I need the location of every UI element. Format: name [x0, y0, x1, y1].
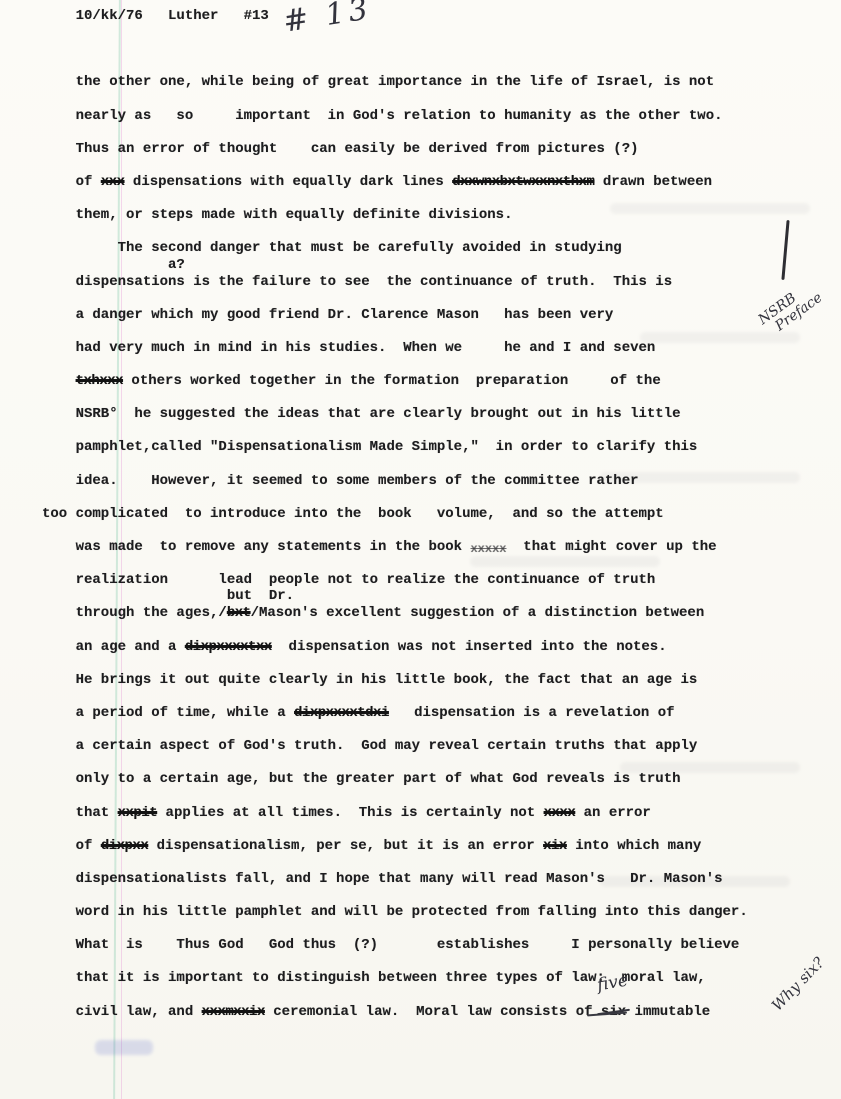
- typescript-text: was made to remove any statements in the…: [42, 539, 470, 555]
- typescript-line: an age and a dixpxxxxtxx dispensation wa…: [42, 631, 748, 664]
- typescript-line: dispensationalists fall, and I hope that…: [42, 863, 748, 896]
- handwritten-why-six-note: Why six?: [768, 954, 828, 1015]
- typed-strikeout: xxx: [101, 174, 125, 190]
- typescript-line: too complicated to introduce into the bo…: [42, 498, 748, 531]
- typescript-text: word in his little pamphlet and will be …: [42, 904, 748, 920]
- typescript-line: txhxxx others worked together in the for…: [42, 365, 748, 398]
- typescript-text: had very much in mind in his studies. Wh…: [42, 340, 655, 356]
- typed-strikeout: dixpxxxxtxx: [185, 639, 272, 655]
- typescript-text: dispensations with equally dark lines: [125, 174, 453, 190]
- typescript-line: NSRB° he suggested the ideas that are cl…: [42, 398, 748, 431]
- typescript-line: that it is important to distinguish betw…: [42, 962, 748, 995]
- typescript-text: but Dr.: [42, 588, 294, 604]
- typed-strikeout: xxxx: [544, 805, 576, 821]
- typescript-line: was made to remove any statements in the…: [42, 531, 748, 564]
- typescript-line: pamphlet,called "Dispensationalism Made …: [42, 431, 748, 464]
- typescript-text: them, or steps made with equally definit…: [42, 207, 512, 223]
- typed-strikeout: xix: [543, 838, 567, 854]
- typescript-text: an error: [575, 805, 651, 821]
- typed-strikeout: txhxxx: [76, 373, 123, 389]
- typescript-text: dispensationalism, per se, but it is an …: [148, 838, 543, 854]
- typescript-line: that xxpit applies at all times. This is…: [42, 797, 748, 830]
- typed-strikeout: dixpxx: [101, 838, 148, 854]
- typescript-line: What is Thus God God thus (?) establishe…: [42, 929, 748, 962]
- typescript-text: only to a certain age, but the greater p…: [42, 771, 681, 787]
- typescript-text: NSRB° he suggested the ideas that are cl…: [42, 406, 681, 422]
- typescript-text: immutable: [626, 1004, 710, 1020]
- typescript-text: He brings it out quite clearly in his li…: [42, 672, 697, 688]
- typescript-text: the other one, while being of great impo…: [42, 74, 714, 90]
- scanned-typescript-page: 10/kk/76 Luther #13 the other one, while…: [0, 0, 841, 1099]
- typed-strikeout: xxpit: [118, 805, 158, 821]
- typescript-line: a danger which my good friend Dr. Claren…: [42, 299, 748, 332]
- typescript-text: a?: [42, 257, 185, 273]
- typescript-line: of xxx dispensations with equally dark l…: [42, 166, 748, 199]
- typescript-text: that might cover up the: [507, 539, 717, 555]
- typescript-text: applies at all times. This is certainly …: [157, 805, 543, 821]
- typescript-line: Thus an error of thought can easily be d…: [42, 133, 748, 166]
- bleedthrough-smudge: [95, 1040, 153, 1055]
- typescript-text: What is Thus God God thus (?) establishe…: [42, 937, 739, 953]
- typescript-text: dispensation is a revelation of: [389, 705, 675, 721]
- typescript-line: [42, 33, 748, 66]
- typed-strikeout: dixpxxxxtdxi: [294, 705, 389, 721]
- typescript-text: realization lead people not to realize t…: [42, 572, 655, 588]
- typescript-text: ceremonial law. Moral law consists of: [265, 1004, 601, 1020]
- typescript-line: idea. However, it seemed to some members…: [42, 465, 748, 498]
- typescript-text: dispensations is the failure to see the …: [42, 274, 672, 290]
- typescript-line: of dixpxx dispensationalism, per se, but…: [42, 830, 748, 863]
- typescript-text: nearly as so important in God's relation…: [42, 108, 723, 124]
- typescript-text: into which many: [567, 838, 701, 854]
- typescript-text: an age and a: [42, 639, 185, 655]
- typescript-text: through the ages,/: [42, 605, 227, 621]
- typescript-text: of: [42, 174, 101, 190]
- typescript-line: He brings it out quite clearly in his li…: [42, 664, 748, 697]
- typescript-line: civil law, and xxxmxxix ceremonial law. …: [42, 996, 748, 1029]
- typescript-line: word in his little pamphlet and will be …: [42, 896, 748, 929]
- typescript-line: nearly as so important in God's relation…: [42, 100, 748, 133]
- typescript-text: dispensationalists fall, and I hope that…: [42, 871, 723, 887]
- typescript-text: that: [42, 805, 118, 821]
- typescript-text: dispensation was not inserted into the n…: [272, 639, 667, 655]
- typescript-text: others worked together in the formation …: [123, 373, 661, 389]
- typescript-text: a period of time, while a: [42, 705, 294, 721]
- typescript-text: pamphlet,called "Dispensationalism Made …: [42, 439, 697, 455]
- typescript-line: only to a certain age, but the greater p…: [42, 763, 748, 796]
- typescript-line: them, or steps made with equally definit…: [42, 199, 748, 232]
- typescript-text: /Mason's excellent suggestion of a disti…: [251, 605, 705, 621]
- typescript-line: 10/kk/76 Luther #13: [42, 0, 748, 33]
- typescript-line: the other one, while being of great impo…: [42, 66, 748, 99]
- typescript-text: of: [42, 838, 101, 854]
- typescript-line: a period of time, while a dixpxxxxtdxi d…: [42, 697, 748, 730]
- typescript-body: 10/kk/76 Luther #13 the other one, while…: [0, 0, 748, 1029]
- pen-margin-stroke: [781, 220, 789, 280]
- typescript-text: civil law, and: [42, 1004, 202, 1020]
- typescript-text: idea. However, it seemed to some members…: [42, 473, 639, 489]
- typescript-text: Thus an error of thought can easily be d…: [42, 141, 639, 157]
- typescript-text: [42, 373, 76, 389]
- pen-strikeout-word: six: [601, 1004, 626, 1020]
- typed-strikeout: xxxmxxix: [202, 1004, 265, 1020]
- typescript-text: a danger which my good friend Dr. Claren…: [42, 307, 613, 323]
- typescript-line: a certain aspect of God's truth. God may…: [42, 730, 748, 763]
- typed-strikeout: dxxwnxbxtwxxnxthxm: [452, 174, 594, 190]
- handwritten-nsrb-note: NSRB Preface: [756, 278, 825, 340]
- typescript-text: a certain aspect of God's truth. God may…: [42, 738, 697, 754]
- typescript-line: had very much in mind in his studies. Wh…: [42, 332, 748, 365]
- typescript-text: 10/kk/76 Luther #13: [42, 8, 269, 24]
- faint-strikeout: xxxxx: [470, 542, 506, 556]
- typescript-text: too complicated to introduce into the bo…: [42, 506, 664, 522]
- typed-strikeout: bxt: [227, 605, 251, 621]
- typescript-text: The second danger that must be carefully…: [42, 240, 622, 256]
- typescript-text: drawn between: [594, 174, 712, 190]
